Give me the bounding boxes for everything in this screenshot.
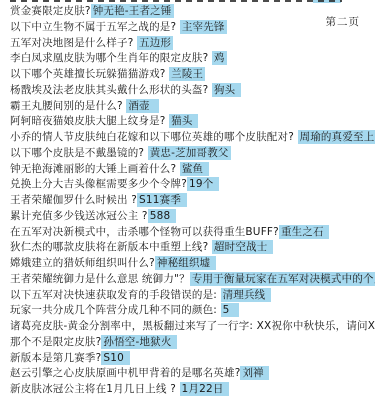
question-text: 以下五军对决快速获取发育的手段错误的是: (10, 289, 221, 301)
question-text: 霸王丸腰间别的是什么? (10, 100, 126, 112)
answer-highlight: 酒壶 (126, 99, 158, 113)
qa-line: 以下中立生物不属于五军之战的是? 主宰先锋 (10, 20, 375, 36)
qa-line: 以下哪个英雄擅长玩躲猫猫游戏? 兰陵王 (10, 67, 375, 83)
question-text: 阿轲暗夜猫娘皮肤大腿上纹身是? (10, 115, 169, 127)
question-text: 五军对决地图是什么样子? (10, 37, 137, 49)
qa-line: 玩家一共分成几个阵营分成几种不同的颜色: 5 (10, 303, 375, 319)
answer-highlight: 刘禅 (240, 366, 269, 380)
answer-highlight: 重生之石 (279, 225, 329, 239)
question-text: 累计充值多少钱送冰冠公主 ? (10, 210, 148, 222)
answer-highlight: 鸡 (212, 51, 227, 65)
qa-line: 新皮肤冰冠公主将在1月几日上线 ? 1月22日 (10, 382, 375, 398)
qa-line: 钟无艳海滩丽影的大锤上画着什么? 鲨鱼 (10, 162, 375, 178)
answer-highlight: 猫头 (169, 114, 198, 128)
answer-highlight: 神秘组织墟 (155, 256, 216, 270)
answer-highlight: 主宰先锋 (180, 20, 227, 34)
qa-line: 王者荣耀统御力是什么意思 统御力"？专用于衡量玩家在五军对决模式中的个人实力 (10, 272, 375, 288)
question-text: 王者荣耀统御力是什么意思 统御力"？ (10, 273, 190, 285)
question-text: 以下中立生物不属于五军之战的是? (10, 21, 180, 33)
question-text: 杨戬埃及法老皮肤其头戴什么形状的头盔? (10, 84, 212, 96)
qa-line: 在五军对决新模式中，击杀哪个怪物可以获得重生BUFF?重生之石 (10, 225, 375, 241)
answer-highlight: 超时空战士 (212, 240, 273, 254)
qa-line: 狄仁杰的哪款皮肤将在新版本中重塑上线? 超时空战士 (10, 240, 375, 256)
qa-line: 赏金赛限定皮肤?钟无艳-王者之锤 (10, 4, 375, 20)
answer-highlight: 19个 (187, 177, 219, 191)
answer-highlight: 钟无艳-王者之锤 (91, 4, 174, 18)
qa-list: 赏金赛限定皮肤?钟无艳-王者之锤以下中立生物不属于五军之战的是? 主宰先锋五军对… (10, 4, 375, 398)
question-text: 以下哪个英雄擅长玩躲猫猫游戏? (10, 68, 169, 80)
question-text: 赵云引擎之心皮肤原画中机甲背着的是哪名英雄? (10, 367, 240, 379)
answer-highlight: 5 (221, 303, 239, 317)
question-text: 玩家一共分成几个阵营分成几种不同的颜色: (10, 304, 221, 316)
answer-highlight: S10 (101, 351, 129, 365)
qa-line: 累计充值多少钱送冰冠公主 ?588 (10, 209, 375, 225)
qa-line: 诸葛亮皮肤-黄金分割率中，黑板翻过来写了一行字: XX祝你中秋快乐，请问XX是谁… (10, 319, 375, 335)
question-text: 新版本是第几赛季? (10, 352, 101, 364)
qa-line: 新版本是第几赛季?S10 (10, 351, 375, 367)
qa-line: 五军对决地图是什么样子? 五边形 (10, 36, 375, 52)
answer-highlight: 五边形 (137, 36, 173, 50)
document-page: 第二页 赏金赛限定皮肤?钟无艳-王者之锤以下中立生物不属于五军之战的是? 主宰先… (0, 0, 375, 400)
qa-line: 小乔的情人节皮肤纯白花嫁和以下哪位英雄的哪个皮肤配对? 周瑜的真爱至上 (10, 130, 375, 146)
qa-line: 王者荣耀伽罗什么时候出 ?S11赛季 (10, 193, 375, 209)
answer-highlight: 黄忠-芝加哥教父 (148, 146, 231, 160)
question-text: 李白凤求凰皮肤为哪个生肖年的限定皮肤? (10, 52, 212, 64)
qa-line: 霸王丸腰间别的是什么? 酒壶 (10, 99, 375, 115)
question-text: 钟无艳海滩丽影的大锤上画着什么? (10, 163, 180, 175)
qa-line: 以下哪个皮肤是不戴墨镜的? 黄忠-芝加哥教父 (10, 146, 375, 162)
qa-line: 嫦娥建立的猎妖师组织叫什么?神秘组织墟 (10, 256, 375, 272)
answer-highlight: 清理兵线 (221, 288, 271, 302)
clipped-text-marks (10, 0, 342, 2)
question-text: 狄仁杰的哪款皮肤将在新版本中重塑上线? (10, 241, 212, 253)
qa-line: 杨戬埃及法老皮肤其头戴什么形状的头盔? 狗头 (10, 83, 375, 99)
qa-line: 李白凤求凰皮肤为哪个生肖年的限定皮肤? 鸡 (10, 51, 375, 67)
question-text: 赏金赛限定皮肤? (10, 5, 91, 17)
question-text: 王者荣耀伽罗什么时候出 ? (10, 194, 137, 206)
question-text: 诸葛亮皮肤-黄金分割率中，黑板翻过来写了一行字: XX祝你中秋快乐，请问XX是谁… (10, 320, 375, 332)
question-text: 兑换上分大吉头像框需要多少个令牌? (10, 178, 187, 190)
answer-highlight: S11赛季 (137, 193, 187, 207)
question-text: 在五军对决新模式中，击杀哪个怪物可以获得重生BUFF? (10, 226, 279, 238)
qa-line: 赵云引擎之心皮肤原画中机甲背着的是哪名英雄?刘禅 (10, 366, 375, 382)
question-text: 那个不是限定皮肤? (10, 336, 101, 348)
qa-line: 兑换上分大吉头像框需要多少个令牌?19个 (10, 177, 375, 193)
qa-line: 以下五军对决快速获取发育的手段错误的是: 清理兵线 (10, 288, 375, 304)
question-text: 以下哪个皮肤是不戴墨镜的? (10, 147, 148, 159)
answer-highlight: 1月22日 (180, 382, 230, 396)
answer-highlight: 周瑜的真爱至上 (298, 130, 375, 144)
answer-highlight: 兰陵王 (169, 67, 205, 81)
answer-highlight: 588 (148, 209, 176, 223)
clipped-top-line (10, 0, 342, 3)
qa-line: 阿轲暗夜猫娘皮肤大腿上纹身是? 猫头 (10, 114, 375, 130)
question-text: 小乔的情人节皮肤纯白花嫁和以下哪位英雄的哪个皮肤配对? (10, 131, 298, 143)
answer-highlight: 鲨鱼 (180, 162, 209, 176)
answer-highlight: 孙悟空-地狱火 (101, 335, 177, 349)
qa-line: 那个不是限定皮肤?孙悟空-地狱火 (10, 335, 375, 351)
question-text: 嫦娥建立的猎妖师组织叫什么? (10, 257, 155, 269)
answer-highlight: 专用于衡量玩家在五军对决模式中的个人实力 (190, 272, 375, 286)
answer-highlight: 狗头 (212, 83, 241, 97)
question-text: 新皮肤冰冠公主将在1月几日上线 ? (10, 383, 180, 395)
